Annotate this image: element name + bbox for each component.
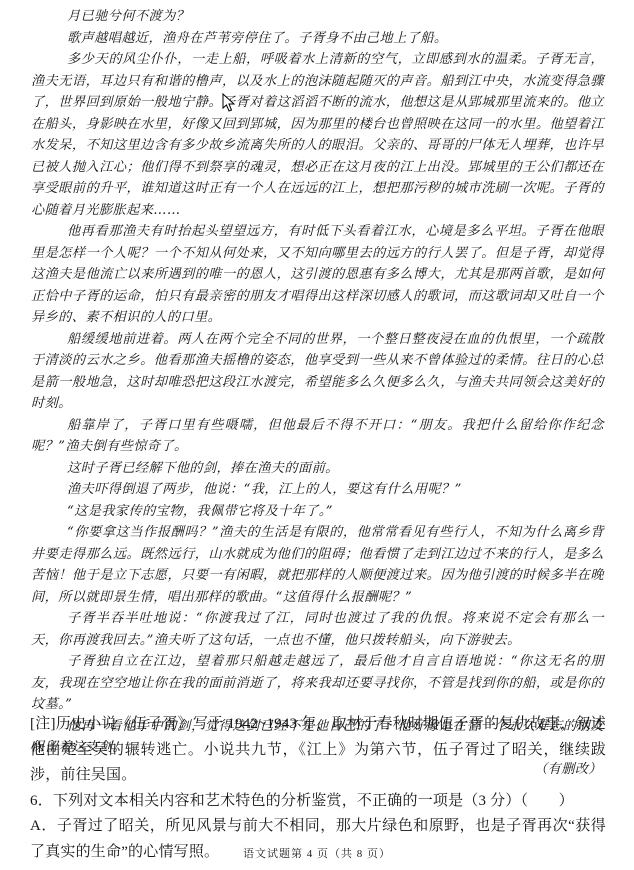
passage-paragraph: 这时子胥已经解下他的剑，捧在渔夫的面前。 xyxy=(31,458,604,480)
question-section: [注]历史小说《伍子胥》写于 1942~1943 年，取材于春秋时期伍子胥的复仇… xyxy=(30,712,606,865)
passage-paragraph: 子胥独自立在江边，望着那只船越走越远了，最后他才自言自语地说：“你这无名的朋友，… xyxy=(31,651,604,716)
passage-paragraph: 船缓缓地前进着。两人在两个完全不同的世界，一个整日整夜浸在血的仇恨里，一个疏散于… xyxy=(31,329,604,415)
source-footnote: [注]历史小说《伍子胥》写于 1942~1943 年，取材于春秋时期伍子胥的复仇… xyxy=(30,712,606,789)
passage-paragraph: 子胥半吞半吐地说：“你渡我过了江，同时也渡过了我的仇恨。将来说不定会有那么一天，… xyxy=(31,608,604,651)
passage-paragraph: 多少天的风尘仆仆，一走上船，呼吸着水上清新的空气，立即感到水的温柔。子胥无言，渔… xyxy=(31,49,604,221)
passage-paragraph: 歌声越唱越近，渔舟在芦苇旁停住了。子胥身不由己地上了船。 xyxy=(31,28,604,50)
passage-paragraph: “你要拿这当作报酬吗？”渔夫的生活是有限的，他常常看见有些行人，不知为什么离乡背… xyxy=(31,522,604,608)
passage-paragraph: 月已驰兮何不渡为？ xyxy=(31,6,604,28)
question-6-stem: 6．下列对文本相关内容和艺术特色的分析鉴赏，不正确的一项是（3 分）（ ） xyxy=(30,789,606,815)
passage-paragraph: 他再看那渔夫有时抬起头望望远方，有时低下头看着江水，心境是多么平坦。子胥在他眼里… xyxy=(31,221,604,329)
passage-paragraph: “这是我家传的宝物，我佩带它将及十年了。” xyxy=(31,501,604,523)
passage-paragraph: 渔夫吓得倒退了两步，他说：“我，江上的人，要这有什么用呢？” xyxy=(31,479,604,501)
exam-page: 月已驰兮何不渡为？ 歌声越唱越近，渔舟在芦苇旁停住了。子胥身不由己地上了船。 多… xyxy=(0,0,634,870)
passage-paragraph: 船靠岸了，子胥口里有些嗫嚅，但他最后不得不开口：“朋友。我把什么留给你作纪念呢？… xyxy=(31,415,604,458)
reading-passage: 月已驰兮何不渡为？ 歌声越唱越近，渔舟在芦苇旁停住了。子胥身不由己地上了船。 多… xyxy=(31,6,604,780)
page-footer: 语文试题第 4 页（共 8 页） xyxy=(0,845,634,861)
